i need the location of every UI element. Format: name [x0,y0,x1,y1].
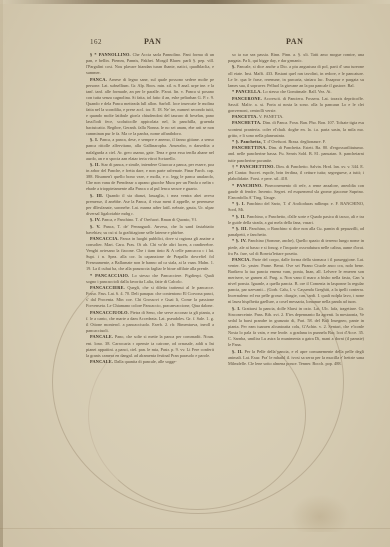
dictionary-entry: * §. Panchetta, T. d' Orefuori. Brasa. d… [228,139,364,145]
entry-headword: §. I. [90,137,98,142]
dictionary-entry: PANCERONE. Accrescit. di Panciera. Fosse… [228,96,364,114]
dictionary-entry: PANCHETTINA. Dim. di Panchetta. Estett. … [228,145,364,163]
dictionary-entry: PANCHETTA. Dim. di Panca. Fosn. Ban. Pho… [228,120,364,138]
entry-headword: * §. I. [232,201,245,206]
dictionary-entry: §. Pancale, si dice anche a Dio. a piu a… [228,64,364,88]
running-head: 162 PAN PAN [86,38,376,50]
page-number: 162 [90,38,102,46]
water-stain [290,494,350,532]
page-crease [0,528,390,529]
entry-headword: * PANCELLA. [232,89,262,94]
entry-headword: PANCACCIA. [90,236,119,241]
entry-definition: Panca, a panca, dese, e sempre e anemo, … [86,137,214,160]
dictionary-entry: §. II. Star di panca, e simile, intender… [86,162,214,192]
dictionary-entry: §. IV. Panca, e Panchino. T. d' Orefuori… [86,217,214,223]
entry-headword: §. II. [90,162,100,167]
entry-headword: § * PANNOLLINO. [90,52,131,57]
entry-headword: PANCHETTINA. [232,145,267,150]
dictionary-entry: §. V. Panca, T. de' Pennaguoli. Anvesa, … [86,224,214,236]
entry-definition: Lo stesso che Gomitmale. Rall. Vez. Ai. [263,89,332,94]
entry-definition: Pancale, si dice anche a Dio. a piu angu… [228,64,364,87]
dictionary-entry: PANCA. Arnese di legno sane, sul quale p… [86,77,214,137]
entry-headword: PANCETTA. [232,114,258,119]
dictionary-entry: * §. IV. Panchino (Somme, anche), Quello… [228,238,364,256]
dictionary-entry: § * PANNOLLINO. Che Accia sarla Pannolin… [86,52,214,76]
entry-headword: PANCA. [90,77,107,82]
running-head-right: PAN [286,37,303,46]
entry-headword: §. IV. [90,217,101,222]
dictionary-entry: † * PANCHETTINO. Dim. di Panchetto. Salv… [228,164,364,182]
entry-definition: Panca, T. de' Pennaguoli. Anvesa, che la… [86,224,214,235]
entry-headword: * §. IV. [232,238,247,243]
entry-definition: Star di panca, e simile, intendere Giuoc… [86,162,214,191]
page-top-edge [0,0,390,4]
entry-definition: Panchino del Sarto, T. d' Arolioduras nd… [228,201,364,212]
entry-definition: Quando il sia dianzi, lassaglia, i mea v… [86,193,214,216]
entry-headword: * §. Panchetta, [232,139,262,144]
entry-headword: §. III. [90,193,103,198]
page-binding-edge [0,0,3,547]
entry-headword: §. V. [90,224,101,229]
dictionary-entry: §. I. Panca, a panca, dese, e sempre e a… [86,137,214,161]
entry-headword: * PANCHINO. [232,183,263,188]
dictionary-entry: so ia sur sea passia. Rinn. Pinn. a. §. … [228,52,364,64]
dictionary-entry: §. III. Quando il sia dianzi, lassaglia,… [86,193,214,217]
entry-headword: §. [232,64,236,69]
entry-headword: * §. III. [232,226,248,231]
entry-definition: Arnese di legno sane, sul quale possono … [86,77,214,136]
entry-definition: Panchino (Somme, anche), Quello spazio d… [228,238,364,255]
dictionary-entry: * §. III. Panchino, o Banchino si dice n… [228,226,364,238]
dictionary-entry: PANCETTA. V. PANETTA. [228,114,364,120]
running-head-left: PAN [144,37,161,46]
ring-stain-inner [88,320,306,510]
entry-definition: Panchino, o Banchino si dice non alla Cu… [228,226,364,237]
entry-headword: † * PANCHETTINO. [232,164,275,169]
dictionary-entry: * §. I. Panchino del Sarto, T. d' Arolio… [228,201,364,213]
dictionary-entry: * PANCELLA. Lo stesso che Gomitmale. Ral… [228,89,364,95]
entry-definition: Panchino, o Panchetto, d'alle sorte e Qu… [228,214,364,225]
entry-definition: T. d' Orefuori. Brasa. deglionaure. F. [263,139,326,144]
entry-definition: V. PANETTA. [259,114,284,119]
entry-definition: Panca, e Panchino. T. d' Orefuori. Rman … [102,217,197,222]
entry-headword: PANCHETTA. [232,120,261,125]
entry-headword: * §. II. [232,214,246,219]
dictionary-entry: * §. II. Panchino, o Panchetto, d'alle s… [228,214,364,226]
entry-definition: so ia sur sea passia. Rinn. Pinn. a. §. … [228,52,364,63]
entry-headword: PANCERONE. [232,96,262,101]
dictionary-entry: * PANCHINO. Pineconemento di refe, a rem… [228,183,364,201]
